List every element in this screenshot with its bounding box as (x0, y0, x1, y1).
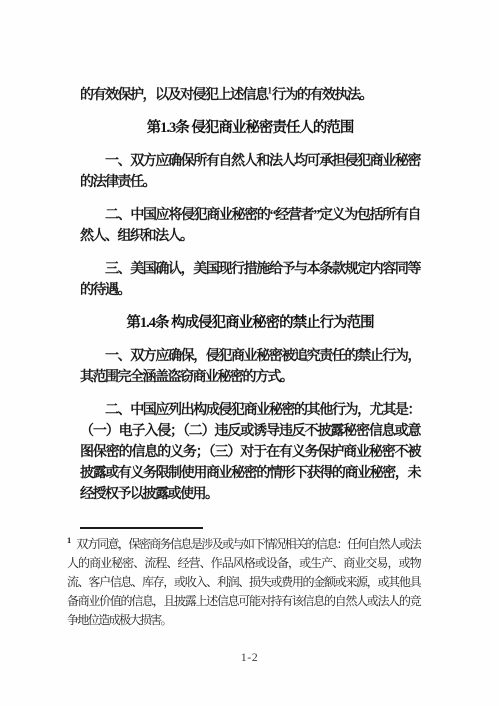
section-heading-1-4: 第1.4条 构成侵犯商业秘密的禁止行为范围 (80, 313, 420, 334)
section-heading-1-3: 第1.3条 侵犯商业秘密责任人的范围 (80, 118, 420, 139)
footnote-text: 双方同意，保密商务信息是涉及或与如下情况相关的信息：任何自然人或法人的商业秘密、… (67, 537, 420, 627)
body-paragraph-5: 二、中国应列出构成侵犯商业秘密的其他行为，尤其是：（一）电子入侵；（二）违反或诱… (80, 400, 420, 505)
document-page: 的有效保护，以及对侵犯上述信息1行为的有效执法。 第1.3条 侵犯商业秘密责任人… (0, 0, 499, 706)
footnote-separator (80, 527, 203, 529)
page-number: 1-2 (0, 650, 499, 665)
body-paragraph-4: 一、双方应确保，侵犯商业秘密被追究责任的禁止行为，其范围完全涵盖盗窃商业秘密的方… (80, 346, 420, 388)
paragraph-continuation: 的有效保护，以及对侵犯上述信息1行为的有效执法。 (80, 85, 420, 106)
body-paragraph-1: 一、双方应确保所有自然人和法人均可承担侵犯商业秘密的法律责任。 (80, 151, 420, 193)
body-paragraph-2: 二、中国应将侵犯商业秘密的“经营者”定义为包括所有自然人、组织和法人。 (80, 205, 420, 247)
page-content: 的有效保护，以及对侵犯上述信息1行为的有效执法。 第1.3条 侵犯商业秘密责任人… (80, 85, 420, 630)
footnote: 1双方同意，保密商务信息是涉及或与如下情况相关的信息：任何自然人或法人的商业秘密… (67, 535, 420, 630)
text-run-after-ref: 行为的有效执法。 (272, 88, 372, 103)
footnote-marker: 1 (67, 535, 71, 545)
text-run-before-ref: 的有效保护，以及对侵犯上述信息 (80, 88, 268, 103)
body-paragraph-3: 三、美国确认，美国现行措施给予与本条款规定内容同等的待遇。 (80, 259, 420, 301)
